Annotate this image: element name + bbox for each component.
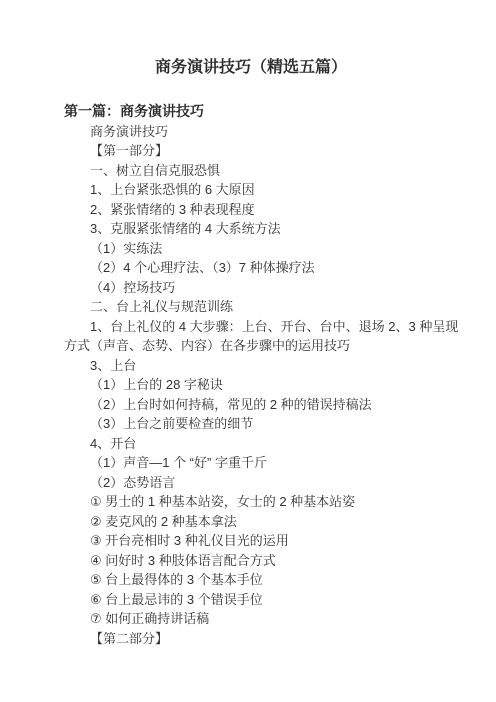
section-heading-part1: 第一篇：商务演讲技巧: [64, 102, 438, 122]
paragraph-line: （4）控场技巧: [64, 278, 438, 298]
document-page: 商务演讲技巧（精选五篇） 第一篇：商务演讲技巧 商务演讲技巧 【第一部分】 一、…: [0, 0, 496, 702]
paragraph-line: ③ 开台亮相时 3 种礼仪目光的运用: [64, 531, 438, 551]
paragraph-line: 【第一部分】: [64, 141, 438, 161]
document-title: 商务演讲技巧（精选五篇）: [64, 58, 438, 78]
paragraph-line: 一、树立自信克服恐惧: [64, 161, 438, 181]
paragraph-line: 【第二部分】: [64, 629, 438, 649]
paragraph-line: ② 麦克风的 2 种基本拿法: [64, 512, 438, 532]
paragraph-wrap-line: 方式（声音、态势、内容）在各步骤中的运用技巧: [64, 336, 438, 356]
paragraph-line: ① 男士的 1 种基本站姿，女士的 2 种基本站姿: [64, 492, 438, 512]
paragraph-line: 商务演讲技巧: [64, 122, 438, 142]
paragraph-line: （1）声音—1 个 “好” 字重千斤: [64, 453, 438, 473]
paragraph-line: ⑥ 台上最忌讳的 3 个错误手位: [64, 590, 438, 610]
paragraph-line: ⑦ 如何正确持讲话稿: [64, 609, 438, 629]
paragraph-line: 3、克服紧张情绪的 4 大系统方法: [64, 219, 438, 239]
paragraph-line: （1）实练法: [64, 239, 438, 259]
paragraph-line: 2、紧张情绪的 3 种表现程度: [64, 200, 438, 220]
paragraph-line: （1）上台的 28 字秘诀: [64, 375, 438, 395]
paragraph-line: 4、开台: [64, 434, 438, 454]
paragraph-line: ⑤ 台上最得体的 3 个基本手位: [64, 570, 438, 590]
paragraph-line: 3、上台: [64, 356, 438, 376]
paragraph-line: （2）态势语言: [64, 473, 438, 493]
paragraph-line: （3）上台之前要检查的细节: [64, 414, 438, 434]
paragraph-line: ④ 问好时 3 种肢体语言配合方式: [64, 551, 438, 571]
paragraph-line: （2）上台时如何持稿，常见的 2 种的错误持稿法: [64, 395, 438, 415]
paragraph-line: 1、台上礼仪的 4 大步骤：上台、开台、台中、退场 2、3 种呈现: [64, 317, 438, 337]
paragraph-line: 1、上台紧张恐惧的 6 大原因: [64, 180, 438, 200]
paragraph-line: 二、台上礼仪与规范训练: [64, 297, 438, 317]
paragraph-line: （2）4 个心理疗法、（3）7 种体操疗法: [64, 258, 438, 278]
